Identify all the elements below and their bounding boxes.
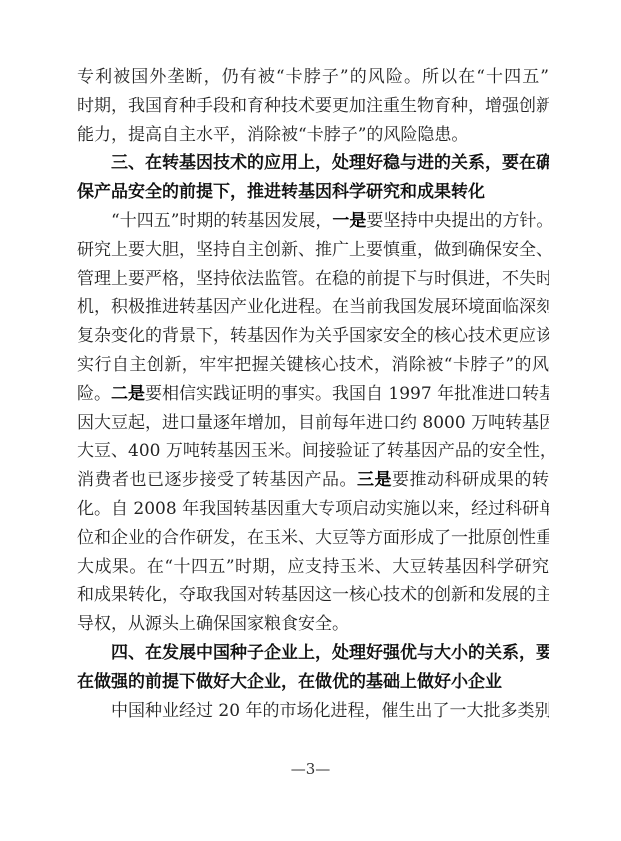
paragraph-line: 险。二是要相信实践证明的事实。我国自 1997 年批准进口转基 xyxy=(77,380,549,409)
text-segment: 导权，从源头上确保国家粮食安全。 xyxy=(77,614,349,634)
document-page: 专利被国外垄断，仍有被“卡脖子”的风险。所以在“十四五”时期，我国育种手段和育种… xyxy=(0,0,621,841)
page-number: —3— xyxy=(0,760,621,778)
section-heading-line: 在做强的前提下做好大企业，在做优的基础上做好小企业 xyxy=(77,668,549,697)
paragraph-line: 管理上要严格，坚持依法监管。在稳的前提下与时俱进，不失时 xyxy=(77,265,549,294)
emphasis-text: 二是 xyxy=(111,384,145,404)
text-segment: 和成果转化，夺取我国对转基因这一核心技术的创新和发展的主 xyxy=(77,585,549,605)
text-segment: 三、在转基因技术的应用上，处理好稳与进的关系，要在确 xyxy=(111,153,549,173)
paragraph-line: 大成果。在“十四五”时期，应支持玉米、大豆转基因科学研究 xyxy=(77,553,549,582)
text-segment: 位和企业的合作研发，在玉米、大豆等方面形成了一批原创性重 xyxy=(77,528,549,548)
text-segment: 管理上要严格，坚持依法监管。在稳的前提下与时俱进，不失时 xyxy=(77,269,549,289)
text-segment: 要坚持中央提出的方针。 xyxy=(366,211,549,231)
page-body-text: 专利被国外垄断，仍有被“卡脖子”的风险。所以在“十四五”时期，我国育种手段和育种… xyxy=(77,63,549,725)
emphasis-text: 三是 xyxy=(357,470,392,490)
text-segment: 时期，我国育种手段和育种技术要更加注重生物育种，增强创新 xyxy=(77,96,549,116)
text-segment: 研究上要大胆，坚持自主创新、推广上要慎重，做到确保安全、 xyxy=(77,240,549,260)
paragraph-line: “十四五”时期的转基因发展，一是要坚持中央提出的方针。 xyxy=(77,207,549,236)
text-segment: 机，积极推进转基因产业化进程。在当前我国发展环境面临深刻 xyxy=(77,297,549,317)
paragraph-line: 消费者也已逐步接受了转基因产品。三是要推动科研成果的转 xyxy=(77,466,549,495)
paragraph-line: 导权，从源头上确保国家粮食安全。 xyxy=(77,610,549,639)
text-segment: 实行自主创新，牢牢把握关键核心技术，消除被“卡脖子”的风 xyxy=(77,355,549,375)
paragraph-line: 复杂变化的背景下，转基因作为关乎国家安全的核心技术更应该 xyxy=(77,322,549,351)
paragraph-line: 专利被国外垄断，仍有被“卡脖子”的风险。所以在“十四五” xyxy=(77,63,549,92)
paragraph-line: 能力，提高自主水平，消除被“卡脖子”的风险隐患。 xyxy=(77,121,549,150)
paragraph-line: 实行自主创新，牢牢把握关键核心技术，消除被“卡脖子”的风 xyxy=(77,351,549,380)
paragraph-line: 机，积极推进转基因产业化进程。在当前我国发展环境面临深刻 xyxy=(77,293,549,322)
text-segment: 专利被国外垄断，仍有被“卡脖子”的风险。所以在“十四五” xyxy=(77,67,549,87)
text-segment: 在做强的前提下做好大企业，在做优的基础上做好小企业 xyxy=(77,672,502,692)
text-segment: 险。 xyxy=(77,384,111,404)
text-segment: 四、在发展中国种子企业上，处理好强优与大小的关系，要 xyxy=(111,643,549,663)
paragraph-line: 研究上要大胆，坚持自主创新、推广上要慎重，做到确保安全、 xyxy=(77,236,549,265)
text-segment: 中国种业经过 20 年的市场化进程，催生出了一大批多类别、 xyxy=(111,701,549,721)
paragraph-line: 因大豆起，进口量逐年增加，目前每年进口约 8000 万吨转基因 xyxy=(77,409,549,438)
text-segment: 化。自 2008 年我国转基因重大专项启动实施以来，经过科研单 xyxy=(77,499,549,519)
text-segment: 复杂变化的背景下，转基因作为关乎国家安全的核心技术更应该 xyxy=(77,326,549,346)
section-heading-line: 四、在发展中国种子企业上，处理好强优与大小的关系，要 xyxy=(77,639,549,668)
text-segment: 消费者也已逐步接受了转基因产品。 xyxy=(77,470,357,490)
emphasis-text: 一是 xyxy=(332,211,366,231)
section-heading-line: 保产品安全的前提下，推进转基因科学研究和成果转化 xyxy=(77,178,549,207)
text-segment: 能力，提高自主水平，消除被“卡脖子”的风险隐患。 xyxy=(77,125,468,145)
paragraph-line: 大豆、400 万吨转基因玉米。间接验证了转基因产品的安全性， xyxy=(77,437,549,466)
paragraph-line: 时期，我国育种手段和育种技术要更加注重生物育种，增强创新 xyxy=(77,92,549,121)
text-segment: 要相信实践证明的事实。我国自 1997 年批准进口转基 xyxy=(145,384,549,404)
paragraph-line: 位和企业的合作研发，在玉米、大豆等方面形成了一批原创性重 xyxy=(77,524,549,553)
text-segment: 保产品安全的前提下，推进转基因科学研究和成果转化 xyxy=(77,182,485,202)
text-segment: 大成果。在“十四五”时期，应支持玉米、大豆转基因科学研究 xyxy=(77,557,549,577)
paragraph-line: 和成果转化，夺取我国对转基因这一核心技术的创新和发展的主 xyxy=(77,581,549,610)
text-segment: 因大豆起，进口量逐年增加，目前每年进口约 8000 万吨转基因 xyxy=(77,413,549,433)
paragraph-line: 中国种业经过 20 年的市场化进程，催生出了一大批多类别、 xyxy=(77,697,549,726)
section-heading-line: 三、在转基因技术的应用上，处理好稳与进的关系，要在确 xyxy=(77,149,549,178)
text-segment: 要推动科研成果的转 xyxy=(392,470,549,490)
paragraph-line: 化。自 2008 年我国转基因重大专项启动实施以来，经过科研单 xyxy=(77,495,549,524)
text-segment: “十四五”时期的转基因发展， xyxy=(111,211,332,231)
text-segment: 大豆、400 万吨转基因玉米。间接验证了转基因产品的安全性， xyxy=(77,441,549,461)
